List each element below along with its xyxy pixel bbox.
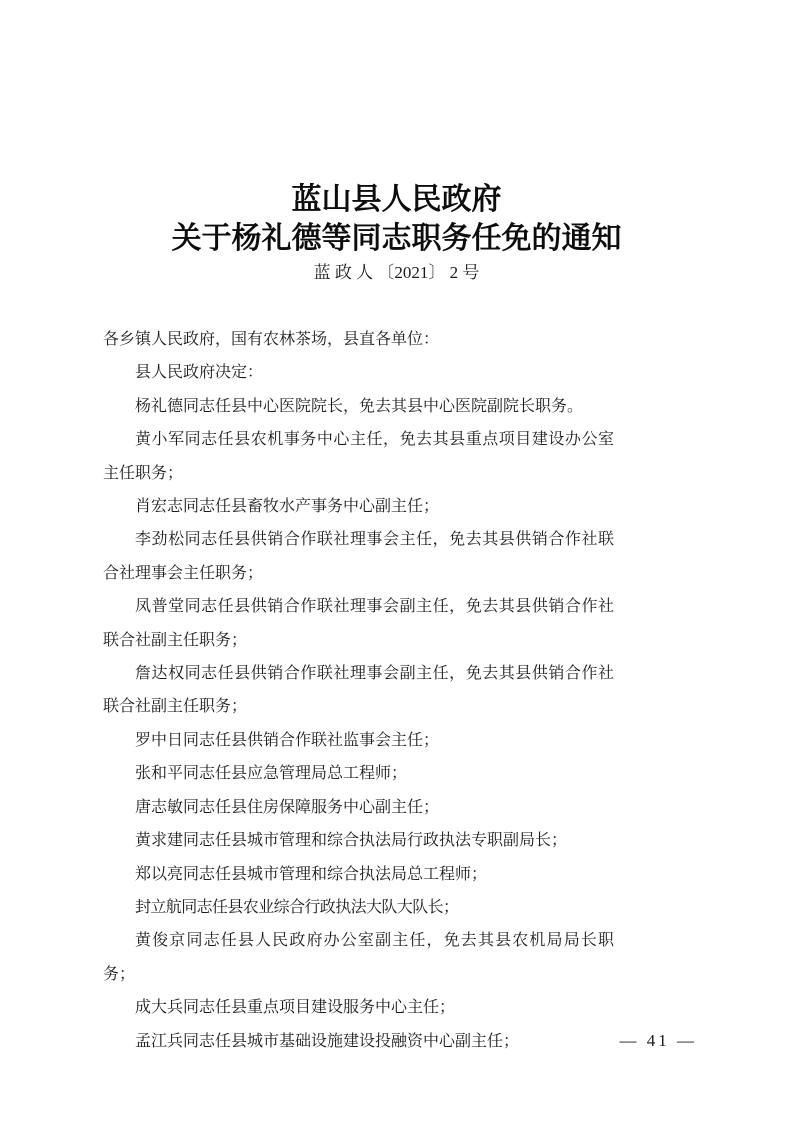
paragraph: 李劲松同志任县供销合作联社理事会主任，免去其县供销合作社联合社理事会主任职务；: [103, 523, 614, 590]
paragraph: 杨礼德同志任县中心医院院长，免去其县中心医院副院长职务。: [103, 390, 614, 423]
title-line-1: 蓝山县人民政府: [0, 180, 793, 219]
page-number: — 41 —: [620, 1031, 698, 1051]
document-title: 蓝山县人民政府 关于杨礼德等同志职务任免的通知: [0, 180, 793, 258]
paragraph: 郑以亮同志任县城市管理和综合执法局总工程师；: [103, 858, 614, 891]
paragraph: 詹达权同志任县供销合作联社理事会副主任，免去其县供销合作社联合社副主任职务；: [103, 657, 614, 724]
paragraph: 肖宏志同志任县畜牧水产事务中心副主任；: [103, 490, 614, 523]
document-body: 各乡镇人民政府，国有农林茶场，县直各单位： 县人民政府决定： 杨礼德同志任县中心…: [103, 323, 614, 1058]
document-page: 蓝山县人民政府 关于杨礼德等同志职务任免的通知 蓝 政 人 〔2021〕 2 号…: [0, 0, 793, 1122]
paragraph: 唐志敏同志任县住房保障服务中心副主任；: [103, 791, 614, 824]
salutation: 各乡镇人民政府，国有农林茶场，县直各单位：: [103, 323, 614, 356]
paragraph: 罗中日同志任县供销合作联社监事会主任；: [103, 724, 614, 757]
title-line-2: 关于杨礼德等同志职务任免的通知: [0, 219, 793, 258]
paragraph: 黄求建同志任县城市管理和综合执法局行政执法专职副局长；: [103, 824, 614, 857]
paragraph: 凤普堂同志任县供销合作联社理事会副主任，免去其县供销合作社联合社副主任职务；: [103, 590, 614, 657]
paragraph: 县人民政府决定：: [103, 356, 614, 389]
paragraph: 成大兵同志任县重点项目建设服务中心主任；: [103, 991, 614, 1024]
paragraph: 黄小军同志任县农机事务中心主任，免去其县重点项目建设办公室主任职务；: [103, 423, 614, 490]
paragraph: 黄俊京同志任县人民政府办公室副主任，免去其县农机局局长职务；: [103, 924, 614, 991]
paragraph: 孟江兵同志任县城市基础设施建设投融资中心副主任；: [103, 1025, 614, 1058]
paragraph: 封立航同志任县农业综合行政执法大队大队长；: [103, 891, 614, 924]
doc-number: 蓝 政 人 〔2021〕 2 号: [0, 261, 793, 285]
paragraph: 张和平同志任县应急管理局总工程师；: [103, 757, 614, 790]
